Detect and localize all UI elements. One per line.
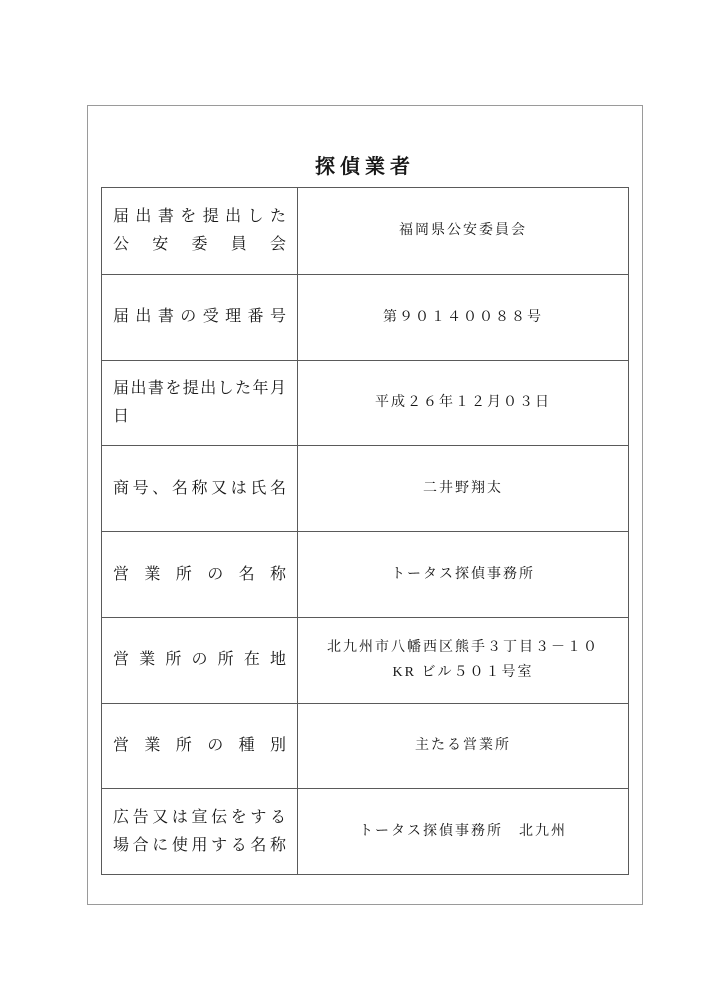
row-label: 商号、名称又は氏名 (113, 475, 286, 503)
row-value-cell: トータス探偵事務所 (298, 532, 628, 617)
row-label: 広告又は宣伝をする 場合に使用する名称 (113, 804, 286, 859)
title-area: 探偵業者 (88, 106, 642, 187)
row-value: 福岡県公安委員会 (399, 218, 527, 243)
row-label: 営業所の名称 (113, 561, 286, 589)
table-row: 営業所の名称 トータス探偵事務所 (102, 531, 628, 617)
row-value: 北九州市八幡西区熊手３丁目３－１０ KR ビル５０１号室 (327, 635, 599, 685)
row-value-cell: 北九州市八幡西区熊手３丁目３－１０ KR ビル５０１号室 (298, 618, 628, 703)
table-row: 届出書を提出した 公安委員会 福岡県公安委員会 (102, 188, 628, 274)
row-label: 届出書の受理番号 (113, 303, 286, 331)
row-label-cell: 届出書の受理番号 (102, 275, 298, 360)
row-value-cell: 福岡県公安委員会 (298, 188, 628, 274)
row-label: 届出書を提出した 公安委員会 (113, 203, 286, 258)
row-label: 営業所の所在地 (113, 646, 286, 674)
row-value: 平成２６年１２月０３日 (375, 390, 551, 415)
table-row: 届出書を提出した年月日 平成２６年１２月０３日 (102, 360, 628, 446)
row-value-cell: 二井野翔太 (298, 446, 628, 531)
row-label-cell: 届出書を提出した 公安委員会 (102, 188, 298, 274)
row-label-cell: 届出書を提出した年月日 (102, 361, 298, 446)
table-row: 届出書の受理番号 第９０１４００８８号 (102, 274, 628, 360)
table-row: 商号、名称又は氏名 二井野翔太 (102, 445, 628, 531)
row-value: トータス探偵事務所 北九州 (359, 819, 567, 844)
table-row: 営業所の所在地 北九州市八幡西区熊手３丁目３－１０ KR ビル５０１号室 (102, 617, 628, 703)
row-value-cell: 主たる営業所 (298, 704, 628, 789)
row-label-cell: 営業所の種別 (102, 704, 298, 789)
row-label-cell: 商号、名称又は氏名 (102, 446, 298, 531)
row-label-cell: 営業所の所在地 (102, 618, 298, 703)
row-label-cell: 広告又は宣伝をする 場合に使用する名称 (102, 789, 298, 874)
row-value: 第９０１４００８８号 (383, 305, 543, 330)
row-value: 主たる営業所 (415, 733, 511, 758)
row-value-cell: 平成２６年１２月０３日 (298, 361, 628, 446)
table-row: 営業所の種別 主たる営業所 (102, 703, 628, 789)
table-row: 広告又は宣伝をする 場合に使用する名称 トータス探偵事務所 北九州 (102, 788, 628, 874)
row-value-cell: 第９０１４００８８号 (298, 275, 628, 360)
document-title: 探偵業者 (315, 150, 415, 179)
row-value: 二井野翔太 (423, 476, 503, 501)
registration-table: 届出書を提出した 公安委員会 福岡県公安委員会 届出書の受理番号 第９０１４００… (101, 187, 629, 875)
document-border-box: 探偵業者 届出書を提出した 公安委員会 福岡県公安委員会 届出書の受理番号 第９… (87, 105, 643, 905)
row-value: トータス探偵事務所 (391, 562, 535, 587)
row-label: 届出書を提出した年月日 (113, 375, 286, 430)
row-label: 営業所の種別 (113, 732, 286, 760)
row-label-cell: 営業所の名称 (102, 532, 298, 617)
row-value-cell: トータス探偵事務所 北九州 (298, 789, 628, 874)
